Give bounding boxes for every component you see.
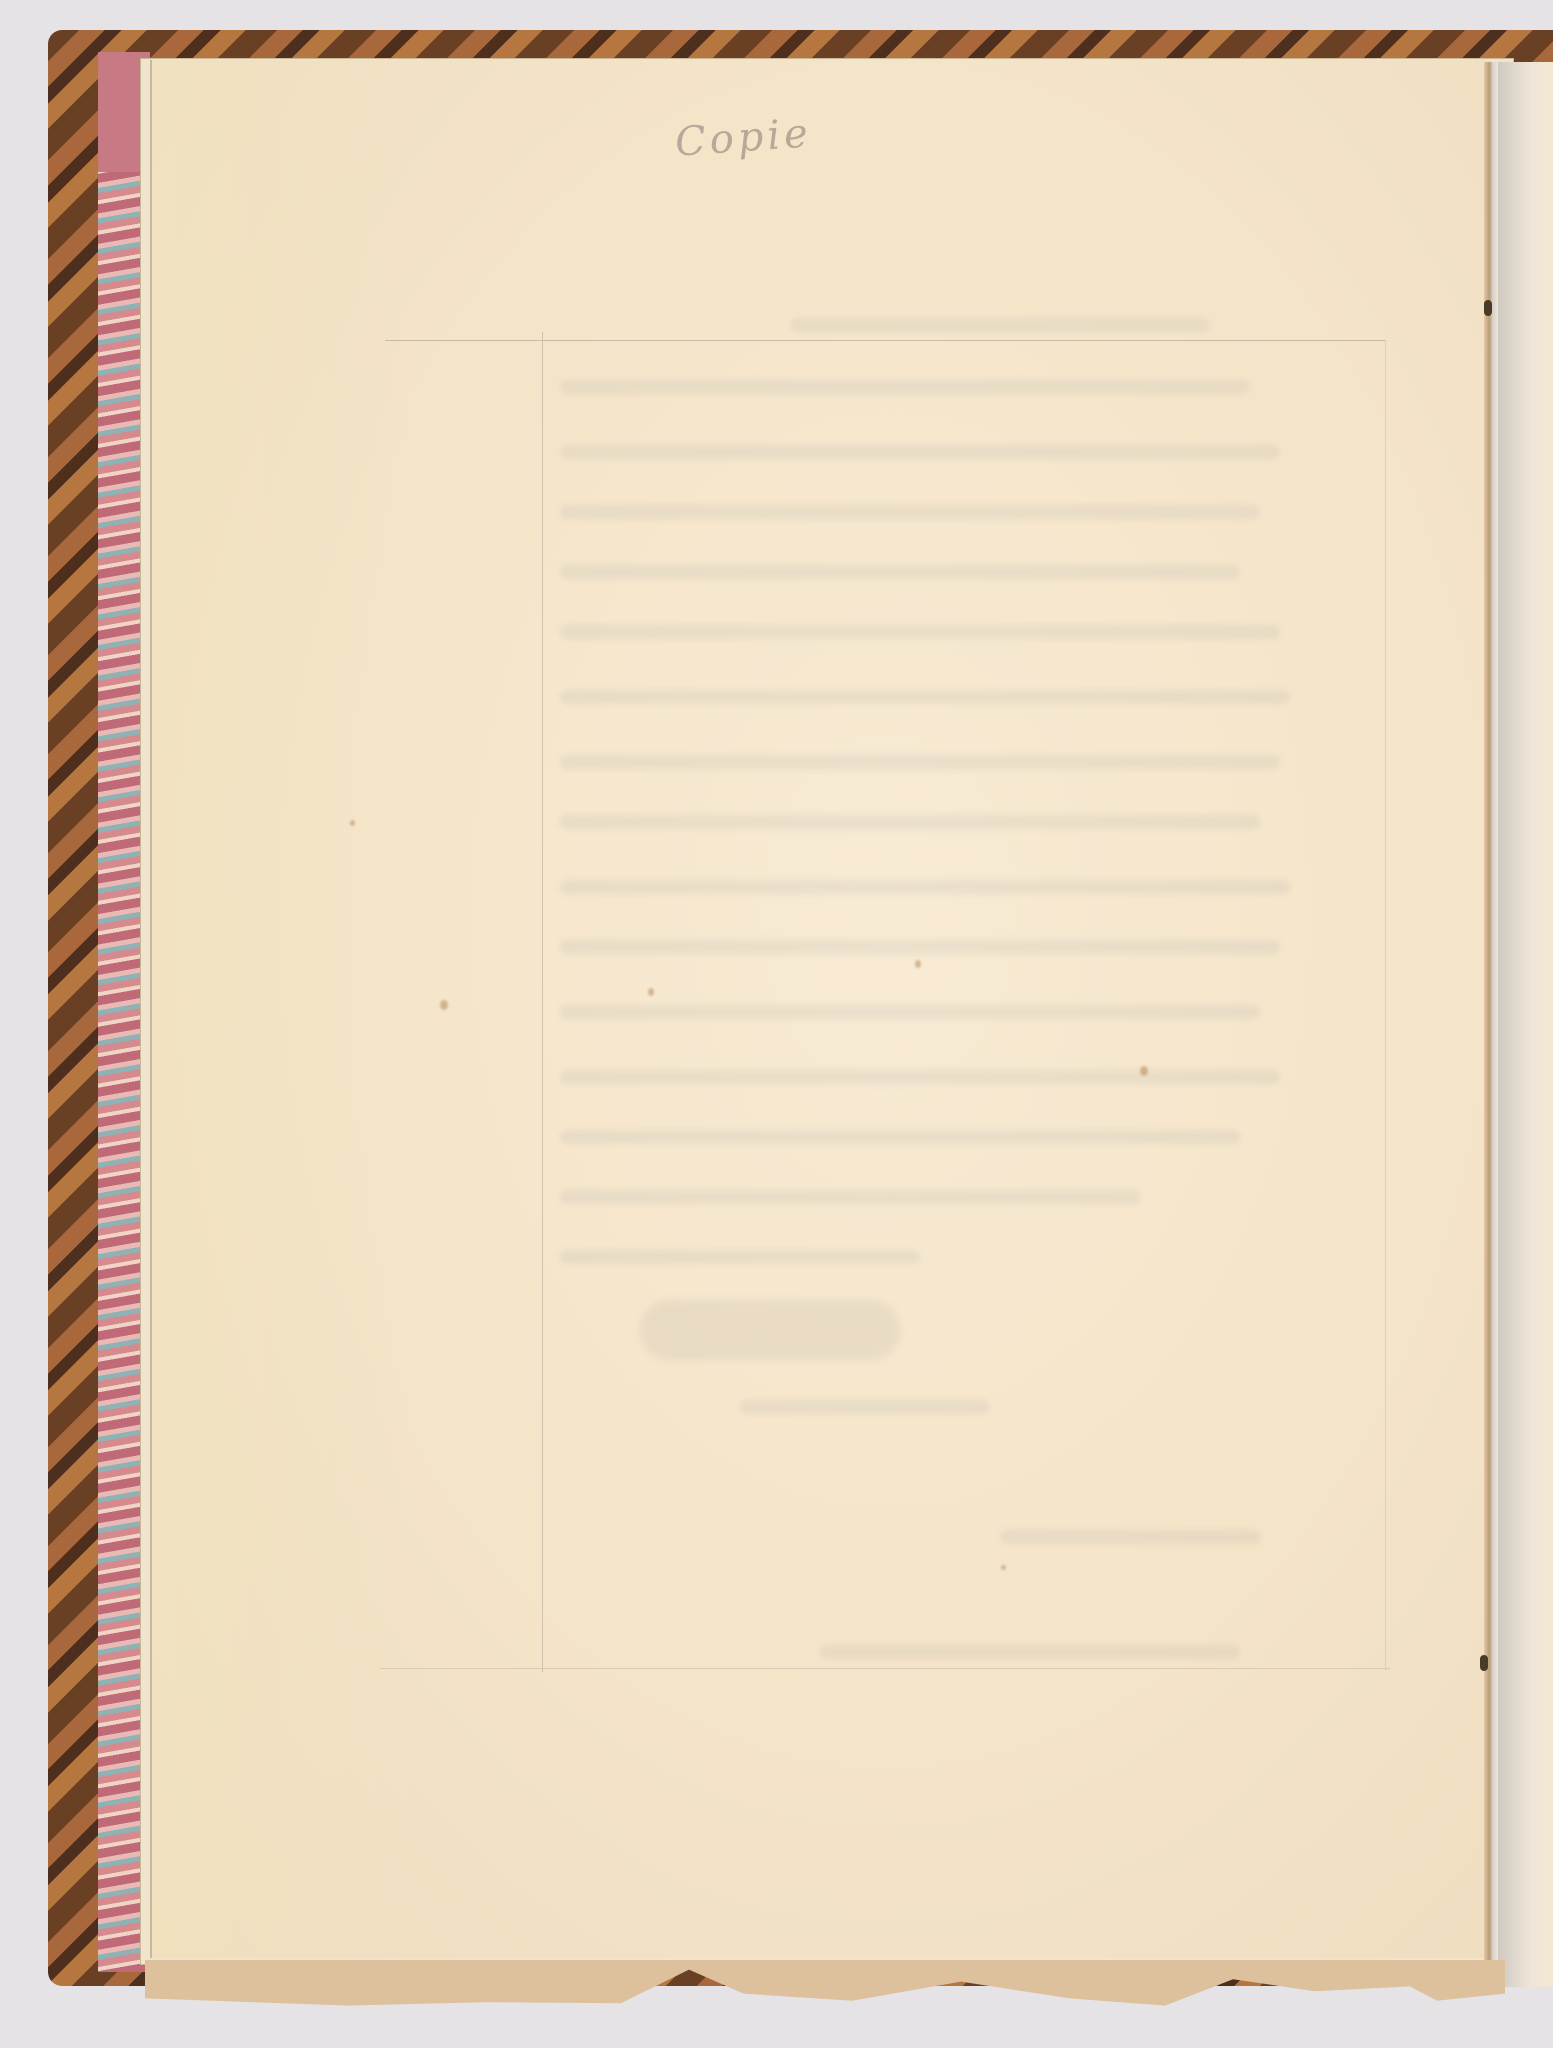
binding-thread <box>1484 300 1492 316</box>
binding-thread <box>1480 1655 1488 1671</box>
foxing-spot <box>350 820 355 826</box>
foxing-spot <box>1140 1066 1148 1076</box>
ruled-frame-bottom <box>380 1668 1390 1669</box>
ruled-frame-right <box>1385 340 1386 1670</box>
pencil-annotation: Copie <box>674 110 814 165</box>
foxing-spot <box>1001 1565 1006 1570</box>
right-page-edge <box>1498 62 1553 1987</box>
foxing-spot <box>915 960 921 968</box>
gutter <box>1484 62 1498 1987</box>
ruled-margin-line <box>542 332 543 1672</box>
torn-leaf-edges <box>145 1960 1505 2008</box>
foxing-spot <box>648 988 654 996</box>
foxing-spot <box>440 1000 448 1010</box>
ruled-frame-top <box>385 340 1385 341</box>
page-shading <box>150 60 410 1958</box>
